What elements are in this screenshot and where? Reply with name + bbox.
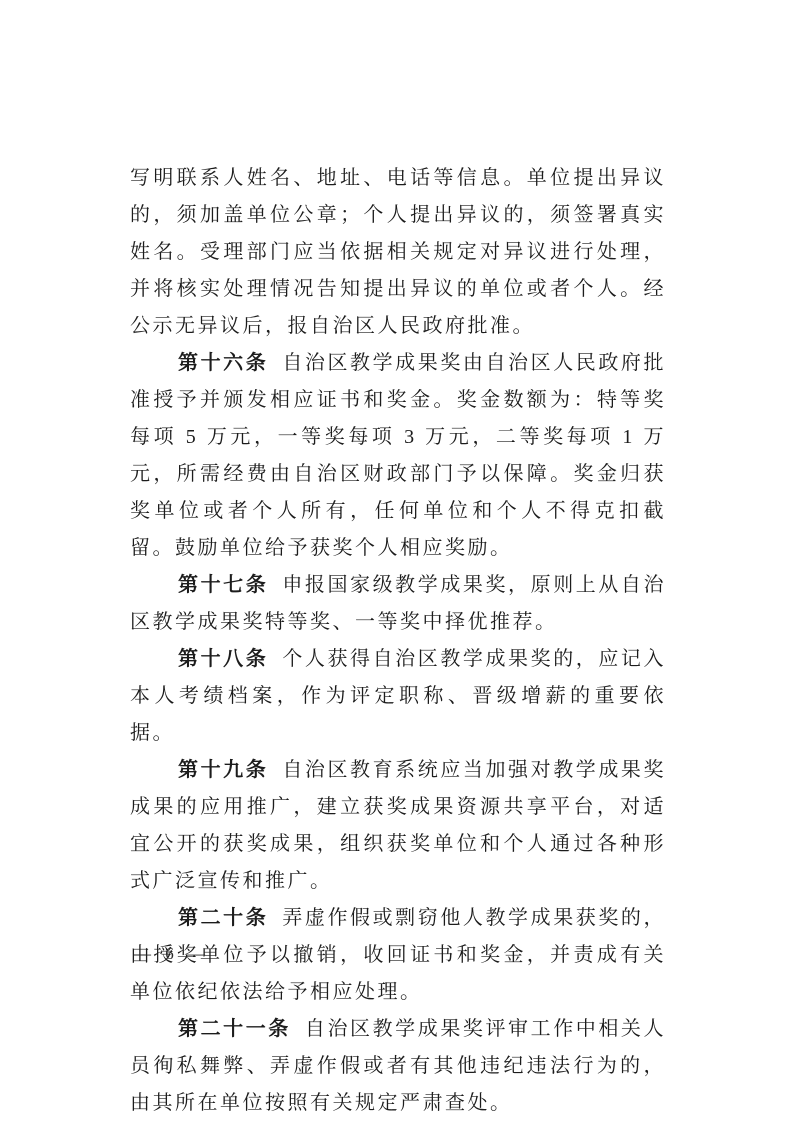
article-number: 第十七条 [178, 574, 268, 596]
paragraph-article-17: 第十七条申报国家级教学成果奖，原则上从自治区教学成果奖特等奖、一等奖中择优推荐。 [130, 567, 666, 641]
paragraph-text: 写明联系人姓名、地址、电话等信息。单位提出异议的，须加盖单位公章；个人提出异议的… [130, 167, 666, 337]
paragraph-article-20: 第二十条弄虚作假或剽窃他人教学成果获奖的，由授奖单位予以撤销，收回证书和奖金，并… [130, 900, 666, 1011]
paragraph-article-19: 第十九条自治区教育系统应当加强对教学成果奖成果的应用推广，建立获奖成果资源共享平… [130, 752, 666, 900]
paragraph-article-21: 第二十一条自治区教学成果奖评审工作中相关人员徇私舞弊、弄虚作假或者有其他违纪违法… [130, 1011, 666, 1122]
page-number-text: — 6 — [134, 944, 210, 963]
paragraph-continuation: 写明联系人姓名、地址、电话等信息。单位提出异议的，须加盖单位公章；个人提出异议的… [130, 160, 666, 345]
paragraph-article-18: 第十八条个人获得自治区教学成果奖的，应记入本人考绩档案，作为评定职称、晋级增薪的… [130, 641, 666, 752]
document-page: 写明联系人姓名、地址、电话等信息。单位提出异议的，须加盖单位公章；个人提出异议的… [0, 0, 793, 1122]
article-number: 第十八条 [178, 648, 268, 670]
article-number: 第二十一条 [178, 1018, 291, 1040]
paragraph-article-16: 第十六条自治区教学成果奖由自治区人民政府批准授予并颁发相应证书和奖金。奖金数额为… [130, 345, 666, 567]
document-body: 写明联系人姓名、地址、电话等信息。单位提出异议的，须加盖单位公章；个人提出异议的… [130, 160, 666, 1122]
article-number: 第十六条 [178, 352, 268, 374]
page-number: — 6 — [134, 944, 210, 964]
paragraph-text: 自治区教学成果奖由自治区人民政府批准授予并颁发相应证书和奖金。奖金数额为：特等奖… [130, 352, 666, 559]
article-number: 第十九条 [178, 759, 268, 781]
article-number: 第二十条 [178, 907, 268, 929]
